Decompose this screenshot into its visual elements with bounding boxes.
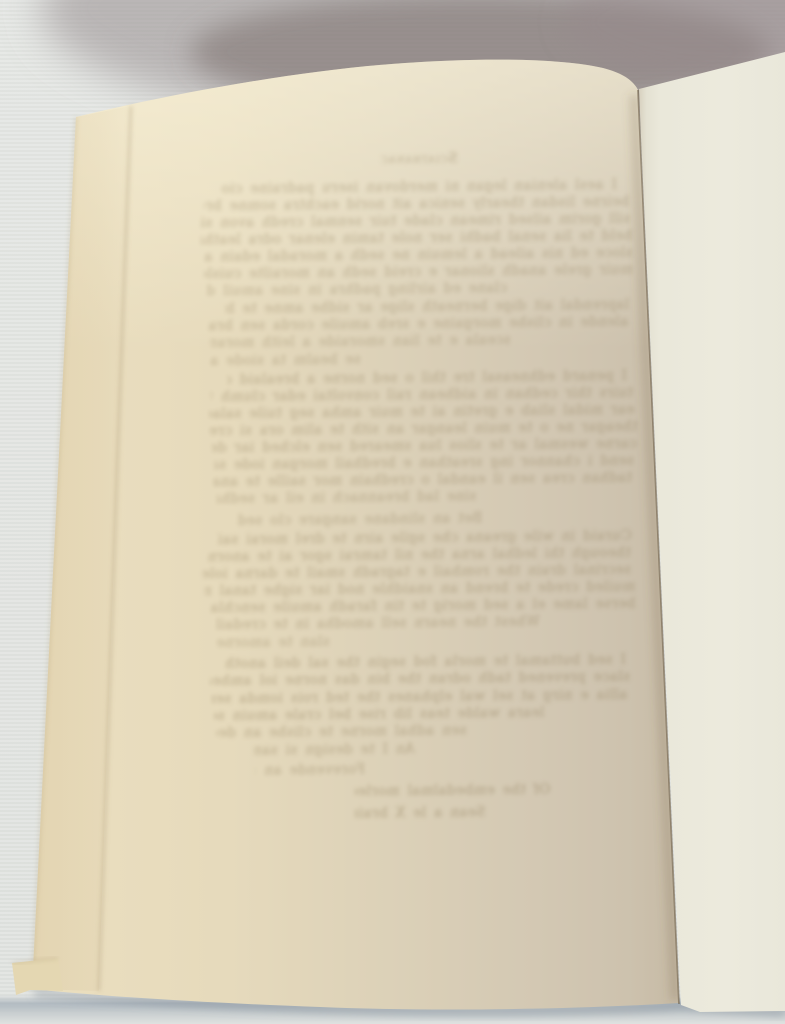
- book-photo: SciathanachI aesl alenian legan ni merdo…: [0, 0, 785, 1024]
- page-block-corner: [12, 958, 63, 995]
- book-scene: [0, 0, 785, 1024]
